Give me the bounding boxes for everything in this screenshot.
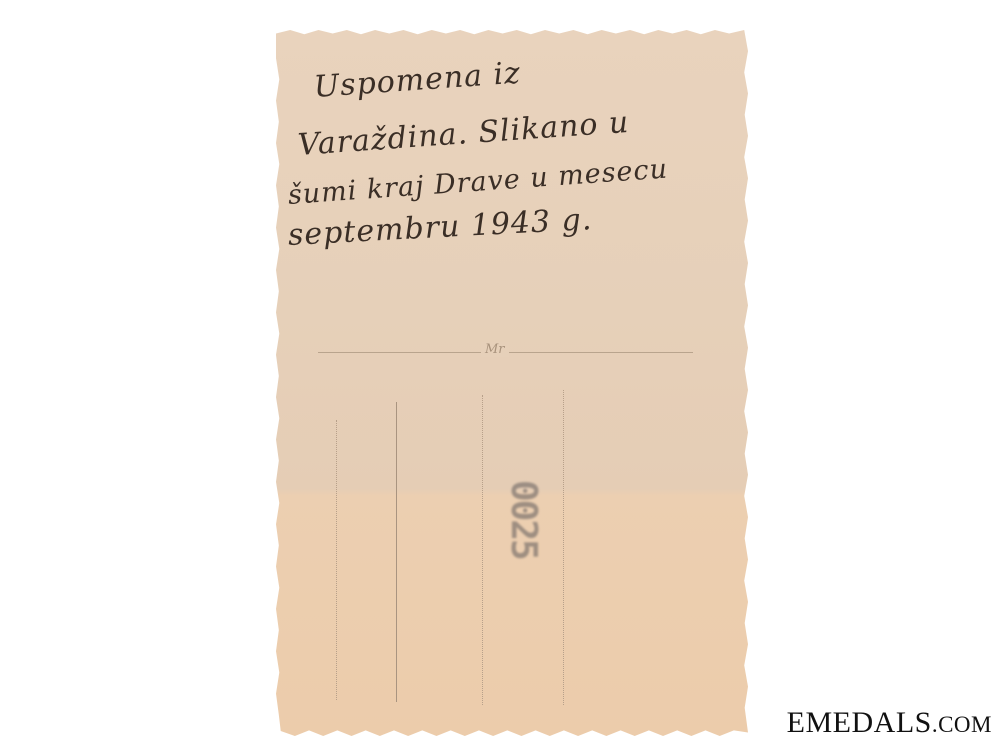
column-line — [563, 390, 564, 705]
inscription-line-2: Varaždina. Slikano u — [297, 105, 631, 163]
divider-ornament: Mr — [481, 342, 509, 357]
inscription-line-4: septembru 1943 g. — [287, 202, 593, 253]
serial-number-stamp: 0025 — [503, 480, 544, 559]
watermark-e: E — [787, 706, 806, 739]
column-line — [482, 395, 483, 705]
inscription-line-1: Uspomena iz — [313, 56, 522, 105]
watermark-edals: EDALS — [833, 706, 932, 739]
watermark-m: M — [805, 706, 832, 739]
watermark-tld: .COM — [932, 712, 992, 737]
postcard-back: Uspomena iz Varaždina. Slikano u šumi kr… — [276, 30, 748, 736]
inscription-line-3: šumi kraj Drave u mesecu — [287, 153, 669, 210]
emedals-watermark: EMEDALS.COM — [787, 706, 992, 740]
column-line — [396, 402, 397, 702]
column-line — [336, 420, 337, 700]
